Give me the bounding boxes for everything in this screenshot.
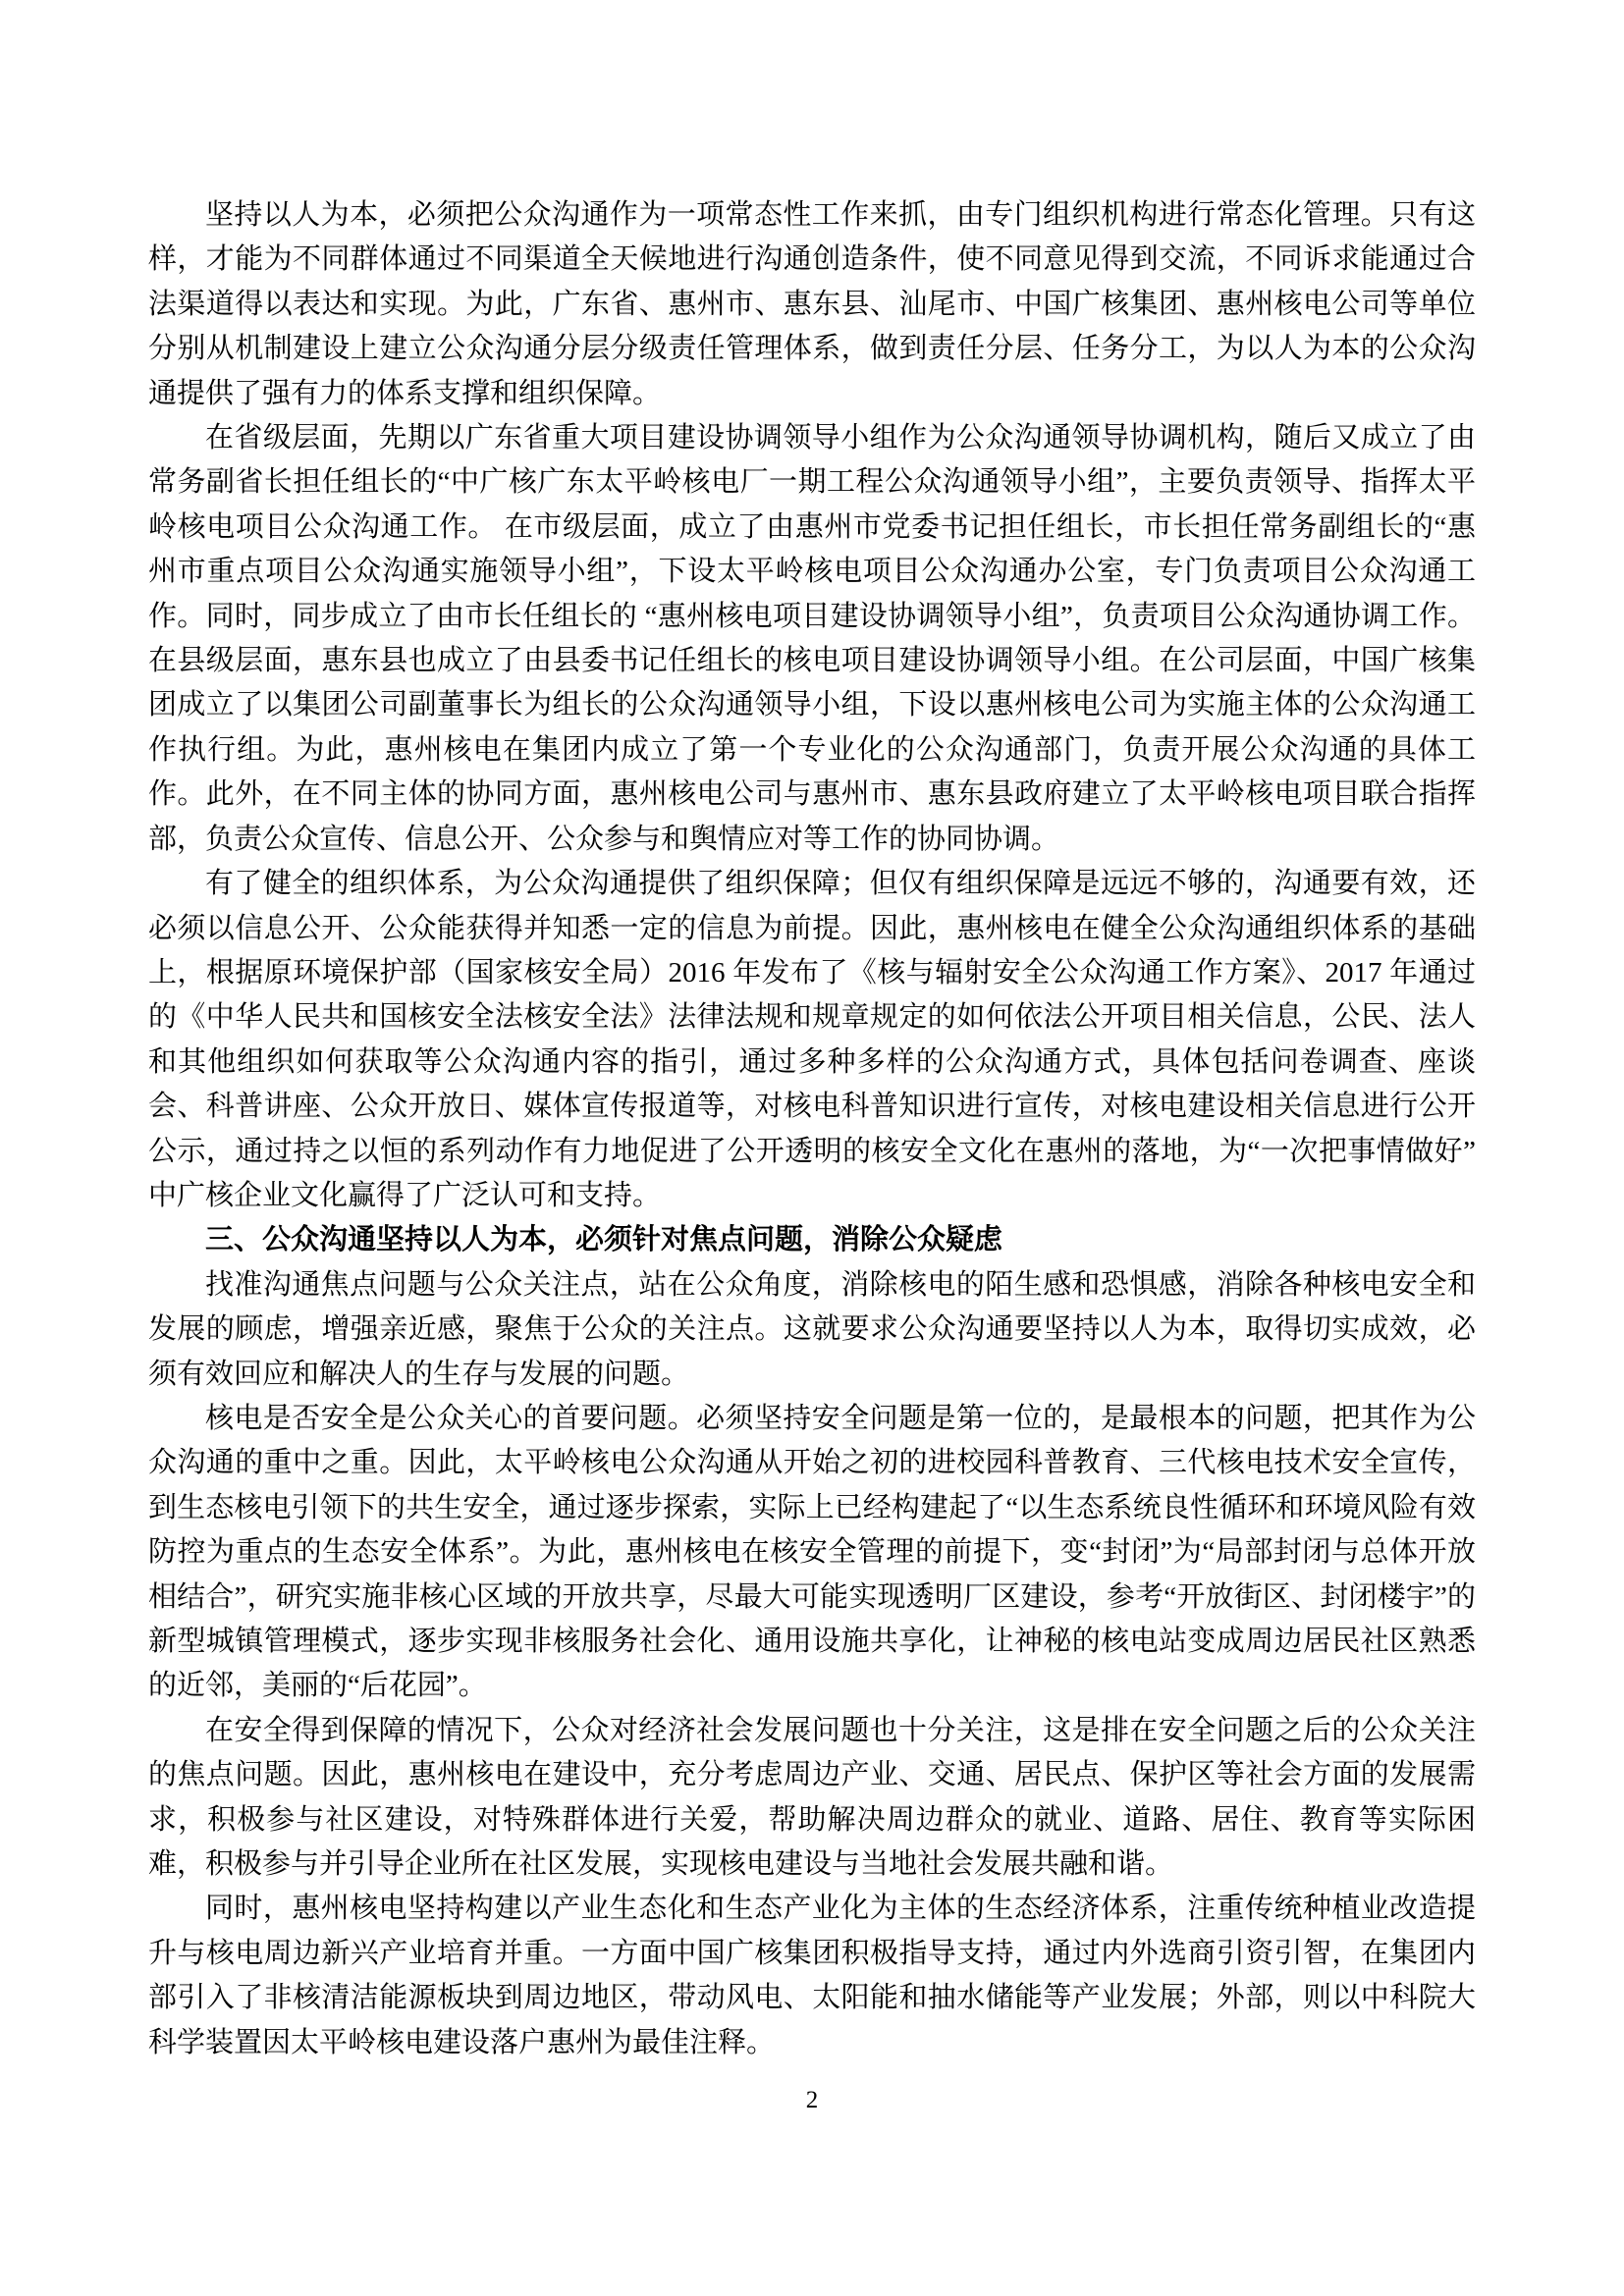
- document-body: 坚持以人为本，必须把公众沟通作为一项常态性工作来抓，由专门组织机构进行常态化管理…: [148, 193, 1476, 2065]
- page-footer: 2: [148, 2085, 1476, 2116]
- paragraph-hedian-anquan: 核电是否安全是公众关心的首要问题。必须坚持安全问题是第一位的，是最根本的问题，把…: [148, 1397, 1476, 1709]
- paragraph-shengji-cengmian: 在省级层面，先期以广东省重大项目建设协调领导小组作为公众沟通领导协调机构，随后又…: [148, 416, 1476, 862]
- paragraph-jingji-shehui-fazhan: 在安全得到保障的情况下，公众对经济社会发展问题也十分关注，这是排在安全问题之后的…: [148, 1709, 1476, 1888]
- document-page: 坚持以人为本，必须把公众沟通作为一项常态性工作来抓，由专门组织机构进行常态化管理…: [0, 0, 1624, 2296]
- paragraph-shengtai-jingji: 同时，惠州核电坚持构建以产业生态化和生态产业化为主体的生态经济体系，注重传统种植…: [148, 1887, 1476, 2065]
- paragraph-zuzhi-tixi: 有了健全的组织体系，为公众沟通提供了组织保障；但仅有组织保障是远远不够的，沟通要…: [148, 862, 1476, 1218]
- page-number: 2: [806, 2087, 819, 2113]
- paragraph-ren-ben-changtai: 坚持以人为本，必须把公众沟通作为一项常态性工作来抓，由专门组织机构进行常态化管理…: [148, 193, 1476, 416]
- section-heading-three: 三、公众沟通坚持以人为本，必须针对焦点问题，消除公众疑虑: [148, 1218, 1476, 1262]
- paragraph-jiaodian-wenti: 找准沟通焦点问题与公众关注点，站在公众角度，消除核电的陌生感和恐惧感，消除各种核…: [148, 1263, 1476, 1397]
